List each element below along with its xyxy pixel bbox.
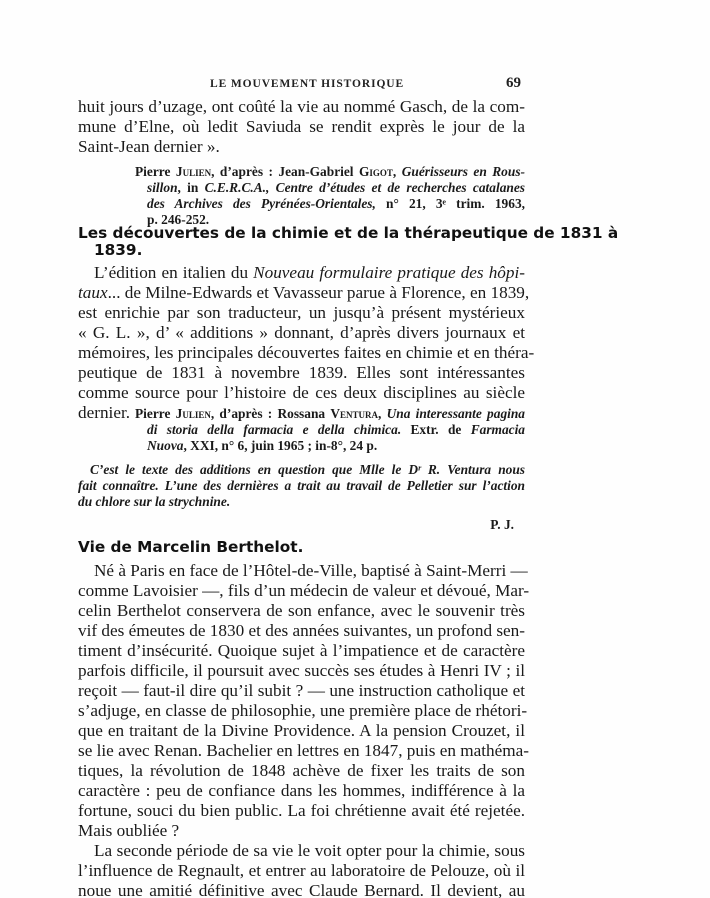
paragraph-line: est enrichie par son traducteur, un jusq… [78, 303, 525, 323]
paragraph-line: mune d’Elne, où ledit Saviuda se rendit … [78, 117, 525, 137]
paragraph-line: timent d’insécurité. Quoique sujet à l’i… [78, 641, 525, 661]
running-header: LE MOUVEMENT HISTORIQUE [210, 78, 404, 90]
section-heading-continuation: 1839. [94, 241, 525, 259]
paragraph-line: Né à Paris en face de l’Hôtel-de-Ville, … [94, 561, 525, 581]
editorial-note-line: fait connaître. L’une des dernières a tr… [78, 478, 525, 494]
paragraph-line: mémoires, les principales découvertes fa… [78, 343, 525, 363]
paragraph-line: vif des émeutes de 1830 et des années su… [78, 621, 525, 641]
citation-line: di storia della farmacia e della chimica… [147, 422, 525, 438]
paragraph-line: l’influence de Regnault, et entrer au la… [78, 861, 525, 881]
editorial-note-line: du chlore sur la strychnine. [78, 494, 525, 510]
paragraph-line: noue une amitié définitive avec Claude B… [78, 881, 525, 898]
paragraph-line: « G. L. », d’ « additions » donnant, d’a… [78, 323, 525, 343]
citation-line: Nuova, XXI, n° 6, juin 1965 ; in-8°, 24 … [147, 438, 525, 454]
paragraph-line: tiques, la révolution de 1848 achève de … [78, 761, 525, 781]
paragraph-line: fortune, souci du bien public. La foi ch… [78, 801, 525, 821]
paragraph-line: comme Lavoisier —, fils d’un médecin de … [78, 581, 525, 601]
paragraph-line: taux... de Milne-Edwards et Vavasseur pa… [78, 283, 525, 303]
page-number: 69 [506, 75, 521, 92]
citation-line: des Archives des Pyrénées-Orientales, n°… [147, 196, 525, 212]
paragraph-line: La seconde période de sa vie le voit opt… [94, 841, 525, 861]
paragraph-line: se lie avec Renan. Bachelier en lettres … [78, 741, 525, 761]
paragraph-line: reçoit — faut-il dire qu’il subit ? — un… [78, 681, 525, 701]
section-heading: Les découvertes de la chimie et de la th… [78, 224, 525, 242]
paragraph-line: huit jours d’uzage, ont coûté la vie au … [78, 97, 525, 117]
citation-line: sillon, in C.E.R.C.A., Centre d’études e… [147, 180, 525, 196]
signature: P. J. [78, 517, 514, 533]
citation-line: Pierre Julien, d’après : Rossana Ventura… [135, 406, 525, 422]
paragraph-line: Saint-Jean dernier ». [78, 137, 525, 157]
paragraph-line: celin Berthelot conservera de son enfanc… [78, 601, 525, 621]
paragraph-line: caractère : peu de confiance dans les ho… [78, 781, 525, 801]
paragraph-line: L’édition en italien du Nouveau formulai… [94, 263, 525, 283]
paragraph-line: Mais oubliée ? [78, 821, 525, 841]
paragraph-line: que en traitant de la Divine Providence.… [78, 721, 525, 741]
paragraph-line: comme source pour l’histoire de ces deux… [78, 383, 525, 403]
section-heading: Vie de Marcelin Berthelot. [78, 538, 525, 556]
document-page: LE MOUVEMENT HISTORIQUE 69 huit jours d’… [0, 0, 710, 898]
paragraph-line: parfois difficile, il poursuit avec succ… [78, 661, 525, 681]
citation-line: Pierre Julien, d’après : Jean-Gabriel Gi… [135, 164, 525, 180]
paragraph-line: peutique de 1831 à novembre 1839. Elles … [78, 363, 525, 383]
editorial-note-line: C’est le texte des additions en question… [90, 462, 525, 478]
paragraph-line: s’adjuge, en classe de philosophie, une … [78, 701, 525, 721]
